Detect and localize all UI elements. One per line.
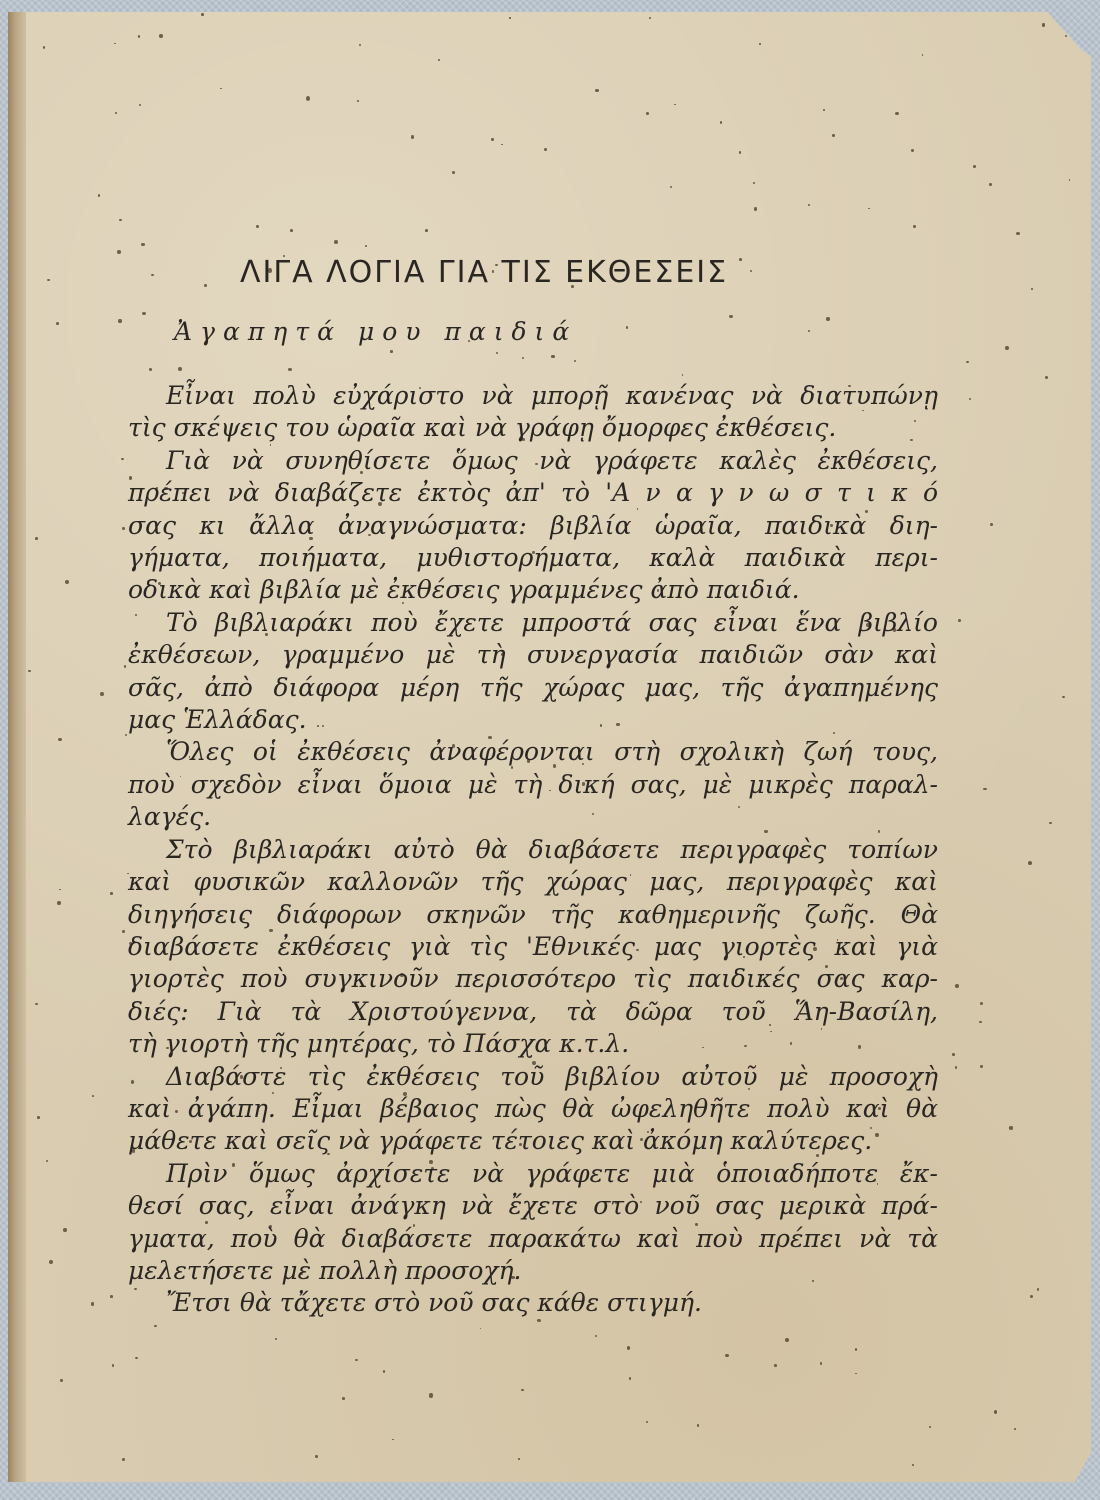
paper-speck: [922, 54, 924, 56]
paper-speck: [355, 1359, 357, 1361]
paper-speck: [1045, 376, 1048, 380]
paper-speck: [63, 1228, 66, 1232]
text-line: διηγήσεις διάφορων σκηνῶν τῆς καθημερινῆ…: [128, 899, 938, 931]
paper-speck: [855, 1373, 857, 1375]
paper-speck: [141, 243, 145, 247]
paper-speck: [154, 1325, 157, 1328]
paper-speck: [49, 1260, 53, 1264]
text-line: τὶς σκέψεις του ὡραῖα καὶ νὰ γράφῃ ὄμορφ…: [128, 412, 938, 444]
paper-speck: [411, 135, 415, 139]
paper-speck: [112, 1364, 114, 1366]
paper-speck: [383, 1370, 386, 1373]
paper-speck: [57, 901, 61, 905]
paper-speck: [390, 350, 393, 353]
paper-speck: [110, 1295, 113, 1298]
book-page: ΛΙΓΑ ΛΟΓΙΑ ΓΙΑ ΤΙΣ ΕΚΘΕΣΕΙΣ Ἀγαπητά μου …: [8, 12, 1091, 1482]
paper-speck: [117, 250, 121, 254]
paper-speck: [124, 665, 126, 667]
text-line: ποὺ σχεδὸν εἶναι ὅμοια μὲ τὴ δική σας, μ…: [128, 769, 938, 801]
paper-speck: [92, 1095, 94, 1097]
paper-speck: [496, 352, 498, 354]
paper-speck: [46, 1160, 49, 1163]
paper-speck: [1014, 1428, 1016, 1430]
paper-speck: [91, 1302, 94, 1306]
text-line: Ἔτσι θὰ τἄχετε στὸ νοῦ σας κάθε στιγμή.: [128, 1287, 938, 1319]
paper-speck: [911, 149, 914, 152]
paper-speck: [1069, 179, 1071, 181]
paper-speck: [725, 1354, 728, 1357]
text-line: οδικὰ καὶ βιβλία μὲ ἐκθέσεις γραμμένες ἀ…: [128, 574, 938, 606]
paper-speck: [178, 367, 182, 371]
paper-speck: [139, 104, 141, 106]
paper-speck: [522, 357, 524, 359]
paper-speck: [1042, 23, 1045, 26]
paper-speck: [1030, 1295, 1033, 1298]
paper-speck: [135, 1357, 138, 1359]
paper-speck: [315, 1455, 318, 1458]
paper-speck: [989, 183, 992, 186]
paper-speck: [646, 1421, 648, 1423]
text-line: λαγές.: [128, 801, 938, 833]
paper-speck: [1065, 35, 1067, 37]
paper-speck: [629, 1377, 632, 1380]
paper-speck: [37, 1116, 40, 1119]
paper-speck: [983, 788, 986, 791]
paper-speck: [47, 279, 50, 282]
paper-speck: [1037, 1288, 1040, 1291]
salutation: Ἀγαπητά μου παιδιά: [174, 317, 577, 346]
paper-speck: [551, 355, 554, 358]
paper-speck: [646, 112, 649, 115]
paper-speck: [122, 527, 125, 530]
paper-speck: [119, 219, 122, 222]
paper-speck: [122, 1458, 125, 1461]
paper-speck: [720, 121, 723, 124]
paper-speck: [201, 13, 204, 16]
paper-speck: [759, 43, 761, 44]
paper-speck: [544, 148, 547, 151]
paper-speck: [823, 109, 825, 111]
paper-speck: [56, 322, 59, 325]
paper-speck: [438, 59, 441, 61]
paper-speck: [290, 229, 293, 232]
text-line: ἐκθέσεων, γραμμένο μὲ τὴ συνεργασία παιδ…: [128, 639, 938, 671]
paper-speck: [626, 326, 628, 328]
paper-speck: [357, 100, 359, 102]
paper-speck: [114, 43, 116, 45]
text-line: τὴ γιορτὴ τῆς μητέρας, τὸ Πάσχα κ.τ.λ.: [128, 1028, 938, 1060]
paper-speck: [142, 312, 146, 315]
paper-speck: [59, 889, 61, 891]
paper-speck: [28, 670, 30, 672]
paper-speck: [868, 208, 870, 210]
paper-speck: [275, 1338, 277, 1340]
paper-speck: [697, 1424, 699, 1427]
text-line: θεσί σας, εἶναι ἀνάγκη νὰ ἔχετε στὸ νοῦ …: [128, 1190, 938, 1222]
paper-speck: [820, 1362, 822, 1365]
paper-speck: [958, 619, 961, 622]
book-spine-shadow: [8, 12, 26, 1482]
text-line: Γιὰ νὰ συνηθίσετε ὅμως νὰ γράφετε καλὲς …: [128, 445, 938, 477]
paper-speck: [118, 319, 122, 322]
paper-speck: [306, 96, 310, 101]
paper-speck: [670, 186, 672, 188]
paper-speck: [966, 361, 969, 363]
paper-speck: [955, 1066, 958, 1069]
paper-speck: [1062, 696, 1065, 699]
paper-speck: [452, 171, 455, 174]
text-line: Διαβάστε τὶς ἐκθέσεις τοῦ βιβλίου αὐτοῦ …: [128, 1061, 938, 1093]
text-line: σας κι ἄλλα ἀναγνώσματα: βιβλία ὡραῖα, π…: [128, 510, 938, 542]
paper-speck: [138, 35, 140, 37]
paper-speck: [826, 317, 830, 321]
paper-speck: [682, 374, 684, 376]
paper-speck: [359, 44, 361, 46]
paper-speck: [480, 1328, 482, 1330]
paper-speck: [980, 1002, 983, 1005]
paper-speck: [1031, 288, 1033, 290]
paper-speck: [122, 930, 125, 934]
text-line: γιορτὲς ποὺ συγκινοῦν περισσότερο τὶς πα…: [128, 963, 938, 995]
paper-speck: [121, 458, 124, 461]
paper-speck: [955, 984, 959, 988]
paper-speck: [895, 112, 899, 115]
paper-speck: [392, 1439, 394, 1441]
paper-speck: [342, 1397, 345, 1400]
text-line: Εἶναι πολὺ εὐχάριστο νὰ μπορῇ κανένας νὰ…: [128, 380, 938, 412]
paper-speck: [912, 1464, 914, 1466]
paper-speck: [1049, 822, 1052, 824]
paper-speck: [754, 207, 757, 211]
paper-speck: [979, 1021, 981, 1023]
paper-speck: [288, 368, 292, 371]
paper-speck: [785, 1338, 789, 1342]
paper-speck: [501, 144, 503, 146]
paper-speck: [491, 138, 494, 141]
text-line: γματα, ποὺ θὰ διαβάσετε παρακάτω καὶ ποὺ…: [128, 1223, 938, 1255]
paper-speck: [334, 240, 338, 244]
text-line: μελετήσετε μὲ πολλὴ προσοχή.: [128, 1255, 938, 1287]
paper-speck: [98, 194, 100, 196]
paper-speck: [60, 1379, 64, 1382]
paper-speck: [204, 284, 207, 287]
paper-speck: [574, 360, 576, 362]
body-text: Εἶναι πολὺ εὐχάριστο νὰ μπορῇ κανένας νὰ…: [128, 380, 938, 1320]
paper-speck: [753, 182, 755, 184]
paper-speck: [1009, 1126, 1013, 1129]
paper-speck: [855, 1348, 858, 1351]
text-line: Τὸ βιβλιαράκι ποὺ ἔχετε μπροστά σας εἶνα…: [128, 607, 938, 639]
text-line: Στὸ βιβλιαράκι αὐτὸ θὰ διαβάσετε περιγρα…: [128, 834, 938, 866]
paper-speck: [429, 1393, 433, 1397]
paper-speck: [100, 692, 104, 696]
text-line: πρέπει νὰ διαβάζετε ἐκτὸς ἀπ' τὸ 'Α ν α …: [128, 477, 938, 509]
paper-speck: [595, 1335, 598, 1337]
paper-speck: [110, 892, 112, 894]
paper-speck: [674, 104, 676, 105]
paper-speck: [43, 46, 45, 49]
paper-speck: [149, 368, 152, 371]
paper-speck: [739, 151, 742, 154]
text-line: Ὅλες οἱ ἐκθέσεις ἀναφέρονται στὴ σχολικὴ…: [128, 736, 938, 768]
paper-speck: [509, 17, 511, 18]
paper-speck: [220, 88, 222, 89]
paper-speck: [973, 165, 976, 168]
paper-speck: [832, 134, 835, 137]
paper-speck: [159, 34, 163, 37]
paper-speck: [952, 1053, 955, 1056]
paper-speck: [151, 274, 153, 276]
page-title: ΛΙΓΑ ΛΟΓΙΑ ΓΙΑ ΤΙΣ ΕΚΘΕΣΕΙΣ: [240, 255, 840, 290]
paper-speck: [35, 1003, 37, 1005]
paper-speck: [65, 580, 69, 584]
paper-speck: [425, 229, 428, 232]
paper-speck: [980, 1065, 983, 1068]
text-line: διαβάσετε ἐκθέσεις γιὰ τὶς 'Εθνικές μας …: [128, 931, 938, 963]
paper-speck: [1016, 232, 1020, 235]
paper-speck: [929, 1426, 931, 1428]
paper-speck: [808, 204, 810, 206]
paper-speck: [595, 89, 599, 93]
text-line: σᾶς, ἀπὸ διάφορα μέρη τῆς χώρας μας, τῆς…: [128, 672, 938, 704]
text-line: μας Ἑλλάδας.: [128, 704, 938, 736]
paper-speck: [808, 330, 810, 332]
text-line: διές: Γιὰ τὰ Χριστούγεννα, τὰ δῶρα τοῦ Ἅ…: [128, 996, 938, 1028]
paper-speck: [913, 225, 916, 228]
text-line: γήματα, ποιήματα, μυθιστορήματα, καλὰ πα…: [128, 542, 938, 574]
paper-speck: [774, 1364, 777, 1367]
paper-speck: [627, 1346, 631, 1350]
paper-speck: [35, 537, 37, 540]
paper-speck: [365, 245, 367, 247]
paper-speck: [256, 225, 259, 229]
paper-speck: [969, 398, 971, 400]
text-line: καὶ φυσικῶν καλλονῶν τῆς χώρας μας, περι…: [128, 866, 938, 898]
paper-speck: [115, 112, 117, 114]
paper-speck: [649, 17, 651, 19]
paper-speck: [729, 315, 733, 318]
text-line: μάθετε καὶ σεῖς νὰ γράφετε τέτοιες καὶ ἀ…: [128, 1125, 938, 1157]
paper-speck: [1028, 861, 1032, 865]
paper-speck: [521, 1389, 524, 1392]
text-line: Πρὶν ὅμως ἀρχίσετε νὰ γράφετε μιὰ ὁποιαδ…: [128, 1158, 938, 1190]
paper-speck: [990, 523, 993, 526]
paper-speck: [1005, 346, 1009, 350]
paper-speck: [58, 738, 61, 741]
paper-speck: [518, 1458, 520, 1460]
paper-speck: [994, 1410, 998, 1414]
text-line: καὶ ἀγάπη. Εἶμαι βέβαιος πὼς θὰ ὠφεληθῆτ…: [128, 1093, 938, 1125]
